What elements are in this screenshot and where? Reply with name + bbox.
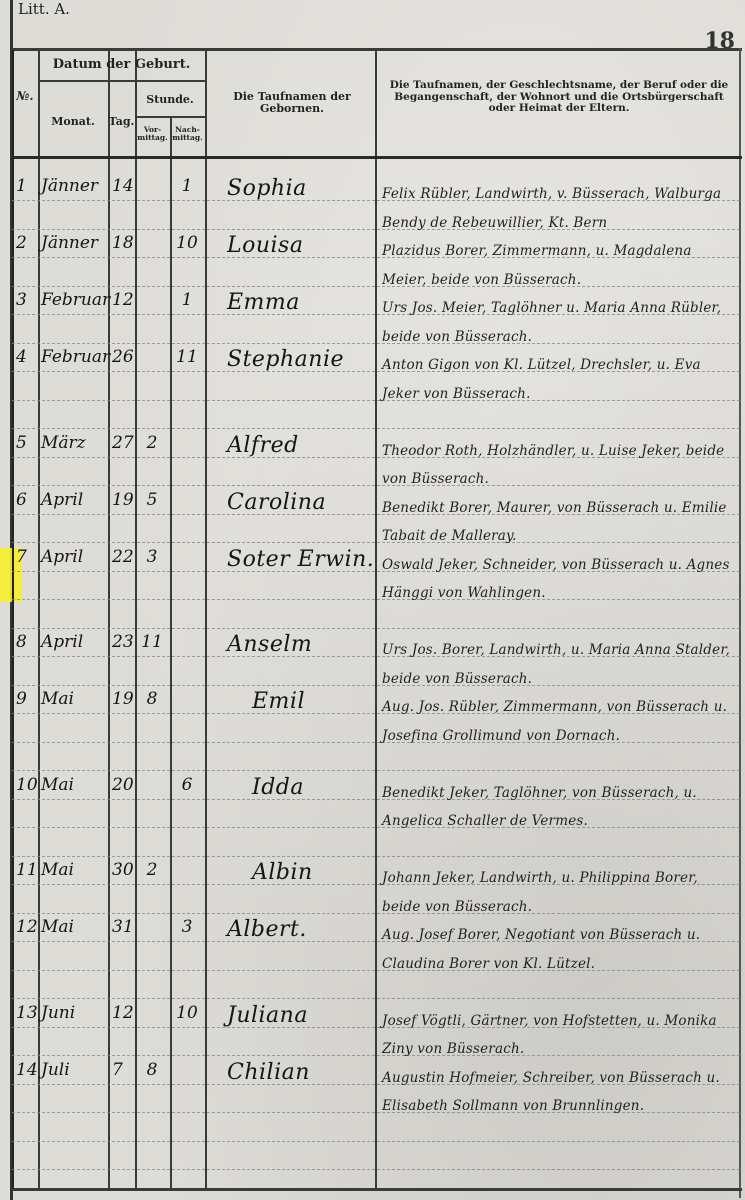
entry-month: März	[41, 433, 86, 453]
header-stunde: Stunde.	[135, 94, 205, 106]
entry-month: April	[41, 547, 83, 567]
entry-month: Jänner	[41, 176, 98, 196]
entry-parents: Felix Rübler, Landwirth, v. Büsserach, W…	[382, 180, 737, 237]
entry-hour-pm: 11	[170, 347, 204, 367]
datum-underline	[38, 80, 205, 82]
entry-day: 20	[112, 775, 134, 795]
entry-day: 30	[112, 860, 134, 880]
entry-parents: Theodor Roth, Holzhändler, u. Luise Jeke…	[382, 437, 737, 494]
header-taufnamen: Die Taufnamen der Gebornen.	[227, 91, 357, 115]
entry-month: Juli	[41, 1060, 70, 1080]
header-no: №.	[12, 90, 38, 103]
entry-number: 7	[16, 547, 27, 567]
entry-day: 12	[112, 290, 134, 310]
ruled-line	[12, 1141, 742, 1142]
header-datum: Datum der Geburt.	[38, 58, 205, 72]
entry-number: 2	[16, 233, 27, 253]
entry-month: Juni	[41, 1003, 75, 1023]
entry-hour-am: 11	[135, 632, 169, 652]
entry-given-name: Sophia	[227, 176, 307, 201]
entry-hour-pm: 10	[170, 1003, 204, 1023]
entry-parents: Augustin Hofmeier, Schreiber, von Büsser…	[382, 1064, 737, 1121]
col-border-left	[12, 50, 14, 1190]
entry-number: 3	[16, 290, 27, 310]
entry-month: Februar	[41, 347, 110, 367]
entry-given-name: Juliana	[227, 1003, 308, 1028]
entry-day: 31	[112, 917, 134, 937]
entry-hour-pm: 10	[170, 233, 204, 253]
entry-given-name: Chilian	[227, 1060, 310, 1085]
entry-day: 27	[112, 433, 134, 453]
entry-month: Februar	[41, 290, 110, 310]
entry-day: 23	[112, 632, 134, 652]
entry-number: 4	[16, 347, 27, 367]
entry-number: 14	[16, 1060, 38, 1080]
entry-number: 8	[16, 632, 27, 652]
entry-given-name: Albin	[252, 860, 313, 885]
entry-parents: Urs Jos. Meier, Taglöhner u. Maria Anna …	[382, 294, 737, 351]
col-border-name	[375, 50, 377, 1190]
entry-day: 12	[112, 1003, 134, 1023]
entry-hour-pm: 3	[170, 917, 204, 937]
col-border-tag	[135, 50, 137, 1190]
entry-number: 1	[16, 176, 27, 196]
col-border-monat	[108, 50, 110, 1190]
entry-day: 14	[112, 176, 134, 196]
entry-parents: Johann Jeker, Landwirth, u. Philippina B…	[382, 864, 737, 921]
entry-hour-am: 2	[135, 433, 169, 453]
ruled-line	[12, 856, 742, 857]
ruled-line	[12, 428, 742, 429]
entry-given-name: Idda	[252, 775, 304, 800]
header-bottom-border	[12, 156, 742, 159]
entry-number: 11	[16, 860, 38, 880]
entry-hour-am: 3	[135, 547, 169, 567]
entry-hour-am: 2	[135, 860, 169, 880]
ruled-line	[12, 998, 742, 999]
entry-month: April	[41, 632, 83, 652]
entry-hour-am: 8	[135, 689, 169, 709]
entry-number: 6	[16, 490, 27, 510]
entry-parents: Aug. Josef Borer, Negotiant von Büsserac…	[382, 921, 737, 978]
entry-month: Jänner	[41, 233, 98, 253]
header-tag: Tag.	[108, 116, 135, 128]
entry-given-name: Stephanie	[227, 347, 344, 372]
entry-given-name: Emil	[252, 689, 305, 714]
entry-parents: Benedikt Borer, Maurer, von Büsserach u.…	[382, 494, 737, 551]
entry-number: 10	[16, 775, 38, 795]
entry-given-name: Louisa	[227, 233, 303, 258]
entry-hour-pm: 1	[170, 290, 204, 310]
entry-given-name: Alfred	[227, 433, 299, 458]
entry-given-name: Emma	[227, 290, 300, 315]
entry-hour-am: 8	[135, 1060, 169, 1080]
entry-month: Mai	[41, 860, 74, 880]
entry-parents: Aug. Jos. Rübler, Zimmermann, von Büsser…	[382, 693, 737, 750]
ruled-line	[12, 628, 742, 629]
entry-number: 9	[16, 689, 27, 709]
entry-day: 22	[112, 547, 134, 567]
register-page: Litt. A. 18 №. Datum der Geburt. Monat. …	[0, 0, 745, 1200]
header-eltern: Die Taufnamen, der Geschlechtsname, der …	[380, 80, 738, 115]
header-monat: Monat.	[38, 116, 108, 128]
col-border-vor	[170, 116, 172, 1190]
entry-hour-pm: 6	[170, 775, 204, 795]
entry-parents: Anton Gigon von Kl. Lützel, Drechsler, u…	[382, 351, 737, 408]
entry-number: 13	[16, 1003, 38, 1023]
col-border-nach	[205, 50, 207, 1190]
entry-hour-am: 5	[135, 490, 169, 510]
table-bottom-border	[12, 1188, 742, 1191]
entry-day: 7	[112, 1060, 123, 1080]
entry-day: 19	[112, 490, 134, 510]
entry-day: 19	[112, 689, 134, 709]
entry-number: 5	[16, 433, 27, 453]
entry-parents: Josef Vögtli, Gärtner, von Hofstetten, u…	[382, 1007, 737, 1064]
birth-register-table: №. Datum der Geburt. Monat. Tag. Stunde.…	[12, 50, 742, 1190]
entry-number: 12	[16, 917, 38, 937]
entry-month: Mai	[41, 917, 74, 937]
entry-given-name: Albert.	[227, 917, 307, 942]
entry-month: Mai	[41, 775, 74, 795]
col-border-no	[38, 50, 40, 1190]
entry-month: Mai	[41, 689, 74, 709]
entry-parents: Benedikt Jeker, Taglöhner, von Büsserach…	[382, 779, 737, 836]
entry-month: April	[41, 490, 83, 510]
entry-given-name: Carolina	[227, 490, 326, 515]
entry-parents: Oswald Jeker, Schneider, von Büsserach u…	[382, 551, 737, 608]
header-vormittag: Vor- mittag.	[135, 126, 170, 143]
header-nachmittag: Nach- mittag.	[170, 126, 205, 143]
entry-parents: Plazidus Borer, Zimmermann, u. Magdalena…	[382, 237, 737, 294]
entry-given-name: Soter Erwin.	[227, 547, 374, 572]
ruled-line	[12, 1169, 742, 1170]
entry-given-name: Anselm	[227, 632, 312, 657]
entry-day: 26	[112, 347, 134, 367]
stunde-underline	[135, 116, 205, 118]
ruled-line	[12, 770, 742, 771]
litt-label: Litt. A.	[18, 0, 70, 18]
entry-day: 18	[112, 233, 134, 253]
entry-parents: Urs Jos. Borer, Landwirth, u. Maria Anna…	[382, 636, 737, 693]
entry-hour-pm: 1	[170, 176, 204, 196]
